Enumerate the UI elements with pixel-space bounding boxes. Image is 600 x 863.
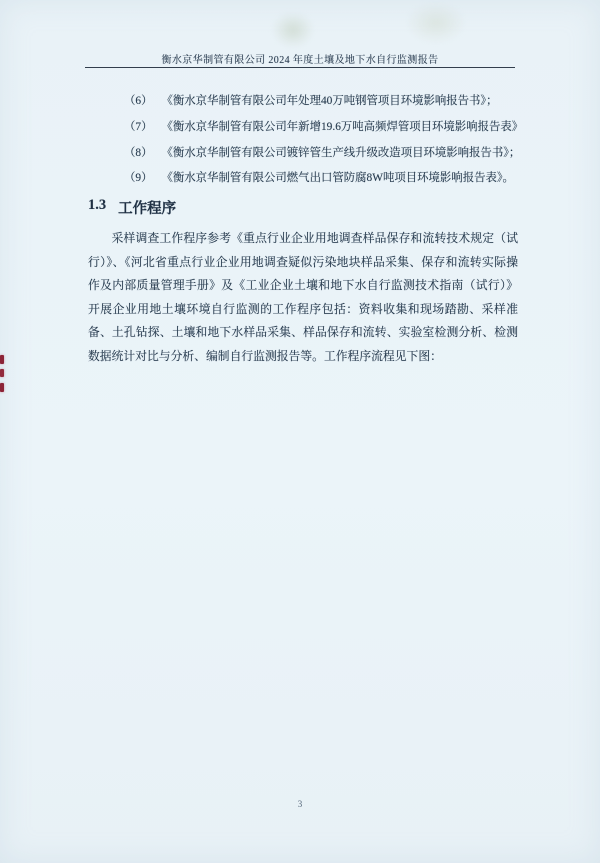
list-item-number: （8） (124, 141, 152, 167)
document-page: 衡水京华制管有限公司 2024 年度土壤及地下水自行监测报告 （6） 《衡水京华… (0, 0, 600, 863)
red-edge-mark (0, 355, 4, 364)
section-number: 1.3 (88, 197, 106, 218)
list-item-number: （9） (124, 166, 152, 192)
red-edge-mark (0, 369, 4, 377)
list-item-number: （7） (124, 115, 152, 141)
list-item-text: 《衡水京华制管有限公司燃气出口管防腐8W吨项目环境影响报告表》。 (161, 166, 513, 192)
reference-list: （6） 《衡水京华制管有限公司年处理40万吨钢管项目环境影响报告书》； （7） … (124, 89, 530, 192)
list-item-text: 《衡水京华制管有限公司年处理40万吨钢管项目环境影响报告书》； (161, 89, 497, 115)
scan-smudge-artifact (272, 12, 314, 48)
scan-smudge-artifact (406, 2, 466, 44)
header-divider (85, 67, 515, 68)
body-paragraph: 采样调查工作程序参考《重点行业企业用地调查样品保存和流转技术规定（试行）》、《河… (88, 227, 518, 369)
list-item-text: 《衡水京华制管有限公司镀锌管生产线升级改造项目环境影响报告书》； (161, 141, 520, 167)
page-header-title: 衡水京华制管有限公司 2024 年度土壤及地下水自行监测报告 (0, 51, 600, 66)
section-title: 工作程序 (118, 197, 176, 218)
page-number: 3 (0, 799, 600, 809)
list-item: （8） 《衡水京华制管有限公司镀锌管生产线升级改造项目环境影响报告书》； (124, 141, 530, 167)
section-heading: 1.3 工作程序 (88, 197, 176, 218)
list-item: （9） 《衡水京华制管有限公司燃气出口管防腐8W吨项目环境影响报告表》。 (124, 166, 530, 192)
list-item: （6） 《衡水京华制管有限公司年处理40万吨钢管项目环境影响报告书》； (124, 89, 530, 115)
list-item-text: 《衡水京华制管有限公司年新增19.6万吨高频焊管项目环境影响报告表》 (161, 115, 523, 141)
list-item-number: （6） (124, 89, 152, 115)
list-item: （7） 《衡水京华制管有限公司年新增19.6万吨高频焊管项目环境影响报告表》 (124, 115, 530, 141)
red-edge-mark (0, 383, 4, 392)
